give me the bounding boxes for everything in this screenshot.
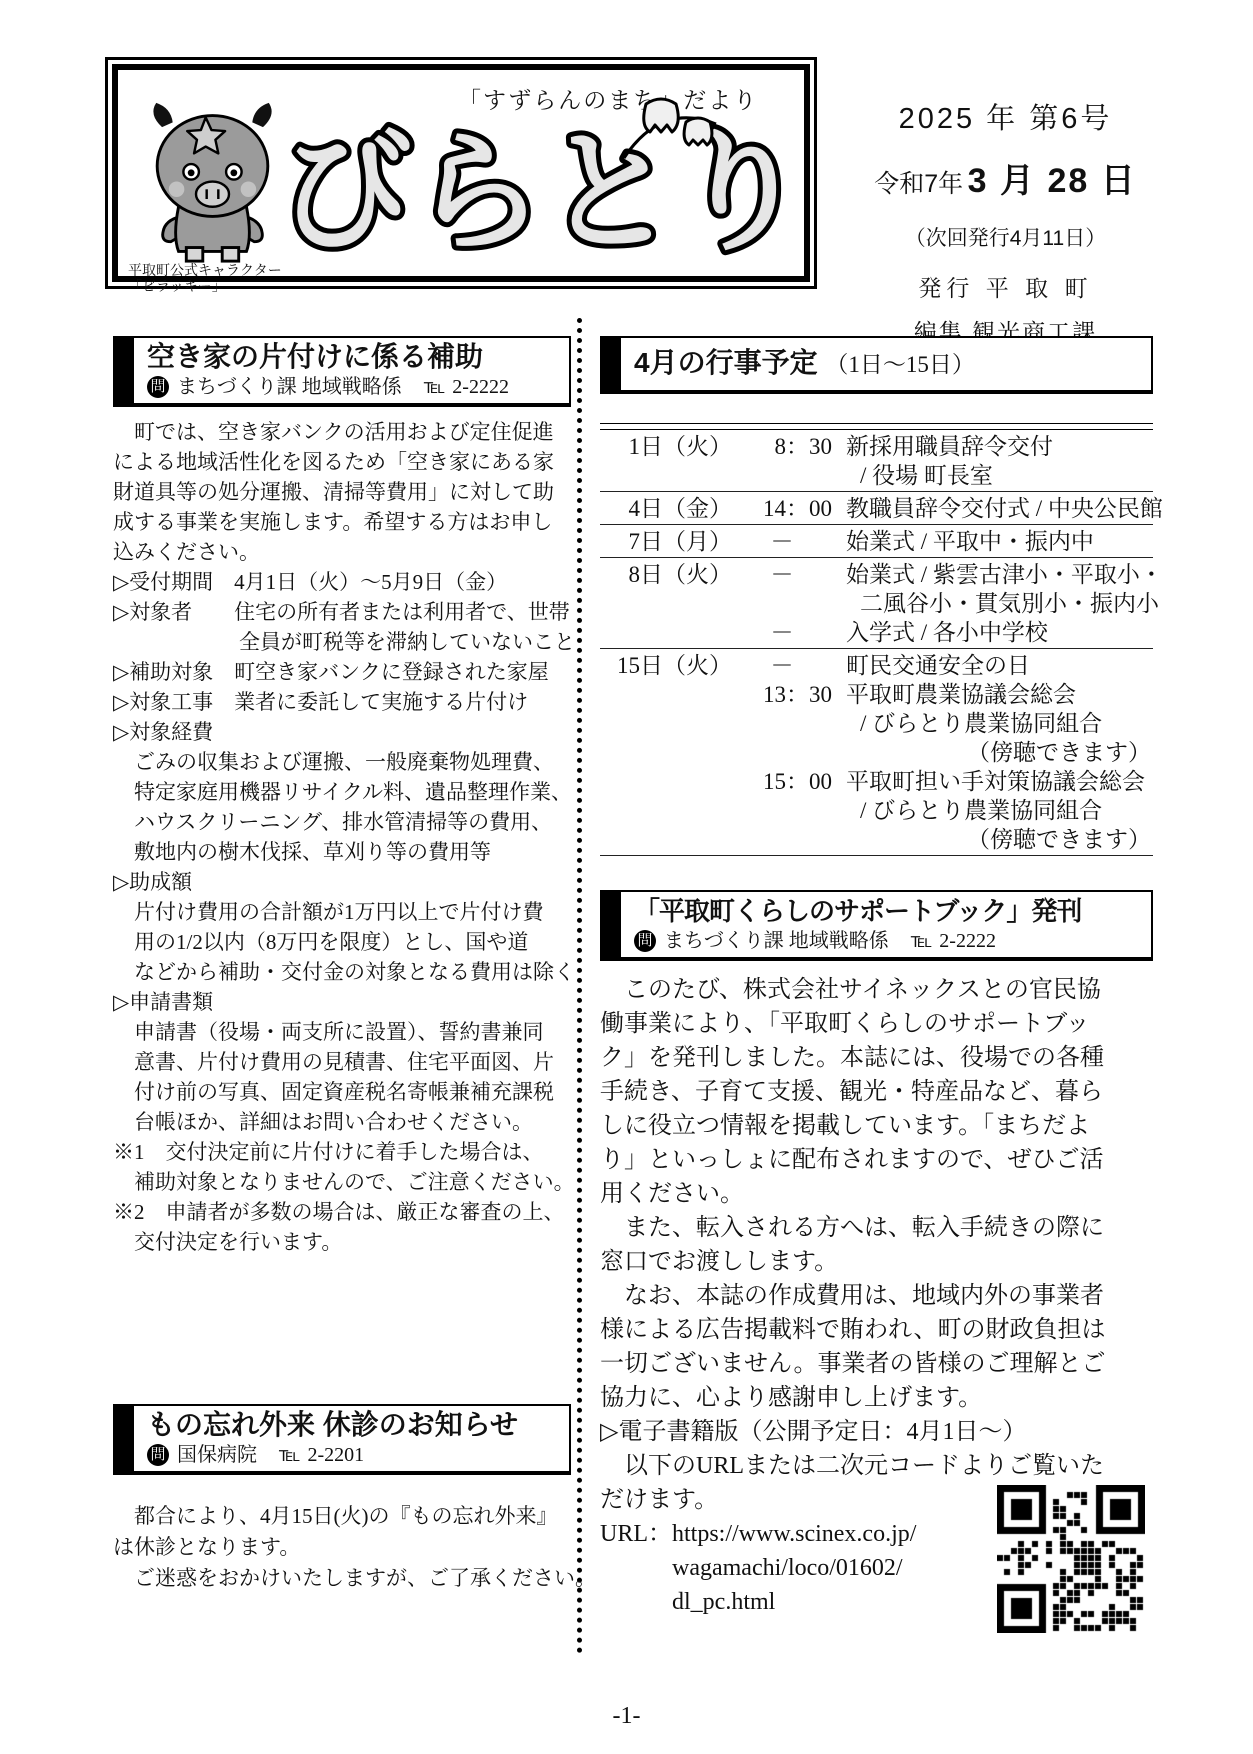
schedule-event: （傍聴できます） <box>832 825 1153 854</box>
url-line: wagamachi/loco/01602/ <box>600 1551 997 1585</box>
page-number: -1- <box>0 1703 1253 1730</box>
text-line: 込みください。 <box>113 537 571 567</box>
text-line: 成する事業を実施します。希望する方はお申し <box>113 507 571 537</box>
schedule-row: 7日（月） － 始業式 / 平取中・振内中 <box>600 527 1153 556</box>
article-monowasure-heading: もの忘れ外来 休診のお知らせ 問 国保病院 ℡ 2-2201 <box>113 1404 571 1475</box>
issue-date-era: 令和7年 <box>874 170 963 198</box>
schedule-event: / 役場 町長室 <box>832 461 1153 490</box>
schedule-event: 平取町担い手対策協議会総会 <box>832 767 1153 796</box>
right-column: 4月の行事予定 （1日～15日） 1日（火） 8：30 新採用職員辞令交付 / … <box>600 336 1153 1633</box>
tel-number: 2-2222 <box>452 375 509 399</box>
schedule-group: 1日（火） 8：30 新採用職員辞令交付 / 役場 町長室 <box>600 430 1153 492</box>
text-line: ごみの収集および運搬、一般廃棄物処理費、 <box>113 747 571 777</box>
schedule-date: 8日（火） <box>600 560 732 589</box>
schedule-event: 平取町農業協議会総会 <box>832 680 1153 709</box>
issue-date-day: 3 月 28 日 <box>968 162 1137 200</box>
schedule-row: 4日（金） 14：00 教職員辞令交付式 / 中央公民館 <box>600 494 1153 523</box>
contact-department: まちづくり課 地域戦略係 <box>177 375 402 399</box>
mascot-birakkii-illustration <box>130 100 295 265</box>
schedule-event: （傍聴できます） <box>832 738 1153 767</box>
article-monowasure-title: もの忘れ外来 休診のお知らせ <box>147 1409 563 1441</box>
text-line: 用ください。 <box>600 1177 1153 1211</box>
schedule-row: 13：30 平取町農業協議会総会 <box>600 680 1153 709</box>
article-monowasure-contact: 問 国保病院 ℡ 2-2201 <box>147 1443 563 1467</box>
newsletter-title-art: びらとり <box>256 88 831 278</box>
article-supportbook-heading: 「平取町くらしのサポートブック」発刊 問 まちづくり課 地域戦略係 ℡ 2-22… <box>600 890 1153 961</box>
schedule-group: 7日（月） － 始業式 / 平取中・振内中 <box>600 525 1153 558</box>
schedule-row: 15：00 平取町担い手対策協議会総会 <box>600 767 1153 796</box>
text-line: 台帳ほか、詳細はお問い合わせください。 <box>113 1107 571 1137</box>
tel-number: 2-2222 <box>939 929 996 953</box>
text-line: 町では、空き家バンクの活用および定住促進 <box>113 417 571 447</box>
newsletter-title-text: びらとり <box>280 116 808 270</box>
inquiry-icon: 問 <box>147 376 169 398</box>
publisher-line: 発行 平 取 町 <box>838 270 1173 303</box>
tel-symbol: ℡ <box>279 1443 300 1467</box>
issue-date: 令和7年 3 月 28 日 <box>838 153 1173 202</box>
schedule-event: 入学式 / 各小中学校 <box>832 618 1153 647</box>
text-line: 申請書（役場・両支所に設置）、誓約書兼同 <box>113 1017 571 1047</box>
contact-department: 国保病院 <box>177 1443 257 1467</box>
schedule-date: 7日（月） <box>600 527 732 556</box>
text-line: しに役立つ情報を掲載しています。「まちだよ <box>600 1109 1153 1143</box>
mascot-caption: 平取町公式キャラクター 「ビラッキー」 <box>128 262 282 294</box>
schedule-group: 15日（火） － 町民交通安全の日 13：30 平取町農業協議会総会 / びらと… <box>600 649 1153 856</box>
tel-symbol: ℡ <box>911 929 932 953</box>
schedule-event: 始業式 / 平取中・振内中 <box>832 527 1153 556</box>
text-line: 様による広告掲載料で賄われ、町の財政負担は <box>600 1313 1153 1347</box>
masthead-box: 「すずらんのまち」だより びらとり <box>105 57 817 289</box>
text-line: ▷対象経費 <box>113 717 571 747</box>
mascot-caption-line1: 平取町公式キャラクター <box>128 262 282 278</box>
text-line: 都合により、4月15日(火)の『もの忘れ外来』 <box>113 1501 571 1532</box>
tel-symbol: ℡ <box>424 375 445 399</box>
article-akiya-heading: 空き家の片付けに係る補助 問 まちづくり課 地域戦略係 ℡ 2-2222 <box>113 336 571 407</box>
text-line: 協力に、心より感謝申し上げます。 <box>600 1381 1153 1415</box>
schedule-title-main: 4月の行事予定 <box>634 347 818 378</box>
text-line: 意書、片付け費用の見積書、住宅平面図、片 <box>113 1047 571 1077</box>
text-line: 付け前の写真、固定資産税名寄帳兼補充課税 <box>113 1077 571 1107</box>
next-issue-note: （次回発行4月11日） <box>838 222 1173 252</box>
schedule-row: 二風谷小・貫気別小・振内小 <box>600 589 1153 618</box>
qr-code-canvas <box>997 1485 1145 1633</box>
heading-accent-bar <box>602 892 621 957</box>
text-line: は休診となります。 <box>113 1532 571 1563</box>
text-line: ▷補助対象 町空き家バンクに登録された家屋 <box>113 657 571 687</box>
schedule-heading: 4月の行事予定 （1日～15日） <box>600 336 1153 394</box>
schedule-date: 1日（火） <box>600 432 732 461</box>
text-line: ▷対象工事 業者に委託して実施する片付け <box>113 687 571 717</box>
schedule-group: 4日（金） 14：00 教職員辞令交付式 / 中央公民館 <box>600 492 1153 525</box>
schedule-top-rule <box>600 423 1153 430</box>
text-line: ク」を発刊しました。本誌には、役場での各種 <box>600 1041 1153 1075</box>
text-line: 以下のURLまたは二次元コードよりご覧いた <box>600 1449 1153 1483</box>
text-line: 一切ございません。事業者の皆様のご理解とご <box>600 1347 1153 1381</box>
text-line: このたび、株式会社サイネックスとの官民協 <box>600 973 1153 1007</box>
text-line: ※1 交付決定前に片付けに着手した場合は、 <box>113 1137 571 1167</box>
left-column: 空き家の片付けに係る補助 問 まちづくり課 地域戦略係 ℡ 2-2222 町では… <box>113 336 571 1594</box>
article-akiya-contact: 問 まちづくり課 地域戦略係 ℡ 2-2222 <box>147 375 563 399</box>
url-and-qr-row: だけます。 URL：https://www.scinex.co.jp/ waga… <box>600 1483 1153 1633</box>
text-line: 用の1/2以内（8万円を限度）とし、国や道 <box>113 927 571 957</box>
schedule-row: （傍聴できます） <box>600 825 1153 854</box>
text-line: なお、本誌の作成費用は、地域内外の事業者 <box>600 1279 1153 1313</box>
schedule-time: 14：00 <box>732 494 832 523</box>
schedule-title: 4月の行事予定 （1日～15日） <box>634 347 1145 381</box>
text-line: り」といっしょに配布されますので、ぜひご活 <box>600 1143 1153 1177</box>
schedule-row: 1日（火） 8：30 新採用職員辞令交付 <box>600 432 1153 461</box>
url-line: URL：https://www.scinex.co.jp/ <box>600 1517 997 1551</box>
schedule-time: 15：00 <box>732 767 832 796</box>
text-line: などから補助・交付金の対象となる費用は除く <box>113 957 571 987</box>
issue-number: 2025 年 第6号 <box>838 96 1173 137</box>
text-line: 手続き、子育て支援、観光・特産品など、暮ら <box>600 1075 1153 1109</box>
heading-accent-bar <box>602 338 621 390</box>
article-akiya-title: 空き家の片付けに係る補助 <box>147 341 563 373</box>
schedule-date: 4日（金） <box>600 494 732 523</box>
text-line: ※2 申請者が多数の場合は、厳正な審査の上、 <box>113 1197 571 1227</box>
schedule-row: / びらとり農業協同組合 <box>600 709 1153 738</box>
text-line: ▷対象者 住宅の所有者または利用者で、世帯 <box>113 597 571 627</box>
article-supportbook-body: このたび、株式会社サイネックスとの官民協 働事業により、「平取町くらしのサポート… <box>600 973 1153 1633</box>
text-line: 交付決定を行います。 <box>113 1227 571 1257</box>
schedule-time: － <box>732 527 832 556</box>
schedule-row: 15日（火） － 町民交通安全の日 <box>600 651 1153 680</box>
article-monowasure-body: 都合により、4月15日(火)の『もの忘れ外来』 は休診となります。 ご迷惑をおか… <box>113 1501 571 1594</box>
text-line: ▷助成額 <box>113 867 571 897</box>
mascot-caption-line2: 「ビラッキー」 <box>128 278 282 294</box>
url-block: だけます。 URL：https://www.scinex.co.jp/ waga… <box>600 1483 997 1633</box>
heading-accent-bar <box>115 1406 134 1471</box>
schedule-row: － 入学式 / 各小中学校 <box>600 618 1153 647</box>
schedule-time: 13：30 <box>732 680 832 709</box>
schedule-event: 教職員辞令交付式 / 中央公民館 <box>832 494 1153 523</box>
text-line: 片付け費用の合計額が1万円以上で片付け費 <box>113 897 571 927</box>
schedule-row: / びらとり農業協同組合 <box>600 796 1153 825</box>
schedule-time: － <box>732 560 832 589</box>
inquiry-icon: 問 <box>147 1444 169 1466</box>
inquiry-icon: 問 <box>634 930 656 952</box>
schedule-event: / びらとり農業協同組合 <box>832 796 1153 825</box>
schedule-date: 15日（火） <box>600 651 732 680</box>
issue-info-block: 2025 年 第6号 令和7年 3 月 28 日 （次回発行4月11日） 発行 … <box>838 96 1173 347</box>
schedule-time: － <box>732 651 832 680</box>
schedule-row: （傍聴できます） <box>600 738 1153 767</box>
text-line: 特定家庭用機器リサイクル料、遺品整理作業、 <box>113 777 571 807</box>
text-line: だけます。 <box>600 1483 997 1517</box>
schedule-row: 8日（火） － 始業式 / 紫雲古津小・平取小・ <box>600 560 1153 589</box>
article-supportbook-contact: 問 まちづくり課 地域戦略係 ℡ 2-2222 <box>634 929 1145 953</box>
text-line: ▷申請書類 <box>113 987 571 1017</box>
text-line: また、転入される方へは、転入手続きの際に <box>600 1211 1153 1245</box>
schedule-time: － <box>732 618 832 647</box>
qr-code <box>997 1485 1145 1633</box>
text-line: 敷地内の樹木伐採、草刈り等の費用等 <box>113 837 571 867</box>
schedule-event: / びらとり農業協同組合 <box>832 709 1153 738</box>
text-line: による地域活性化を図るため「空き家にある家 <box>113 447 571 477</box>
masthead-inner-frame: 「すずらんのまち」だより びらとり <box>112 64 810 282</box>
contact-department: まちづくり課 地域戦略係 <box>664 929 889 953</box>
text-line: 補助対象となりませんので、ご注意ください。 <box>113 1167 571 1197</box>
text-line: 全員が町税等を滞納していないこと <box>113 627 571 657</box>
schedule-event: 二風谷小・貫気別小・振内小 <box>832 589 1153 618</box>
text-line: 窓口でお渡しします。 <box>600 1245 1153 1279</box>
url-line: dl_pc.html <box>600 1585 997 1619</box>
text-line: 財道具等の処分運搬、清掃等費用」に対して助 <box>113 477 571 507</box>
tel-number: 2-2201 <box>307 1443 364 1467</box>
schedule-table: 1日（火） 8：30 新採用職員辞令交付 / 役場 町長室 4日（金） 14：0… <box>600 430 1153 856</box>
schedule-row: / 役場 町長室 <box>600 461 1153 490</box>
schedule-event: 始業式 / 紫雲古津小・平取小・ <box>832 560 1153 589</box>
newsletter-page: 「すずらんのまち」だより びらとり <box>0 0 1253 1754</box>
suzuran-flowers-icon <box>616 96 726 162</box>
article-supportbook-title: 「平取町くらしのサポートブック」発刊 <box>634 895 1145 927</box>
schedule-time: 8：30 <box>732 432 832 461</box>
schedule-group: 8日（火） － 始業式 / 紫雲古津小・平取小・ 二風谷小・貫気別小・振内小 －… <box>600 558 1153 649</box>
article-akiya-body: 町では、空き家バンクの活用および定住促進 による地域活性化を図るため「空き家にあ… <box>113 417 571 1257</box>
text-line: ハウスクリーニング、排水管清掃等の費用、 <box>113 807 571 837</box>
schedule-event: 町民交通安全の日 <box>832 651 1153 680</box>
heading-accent-bar <box>115 338 134 403</box>
column-divider-dotted <box>577 318 582 1654</box>
text-line: ご迷惑をおかけいたしますが、ご了承ください。 <box>113 1563 571 1594</box>
text-line: 働事業により、「平取町くらしのサポートブッ <box>600 1007 1153 1041</box>
text-line: ▷受付期間 4月1日（火）～5月9日（金） <box>113 567 571 597</box>
text-line: ▷電子書籍版（公開予定日：4月1日～） <box>600 1415 1153 1449</box>
schedule-title-range: （1日～15日） <box>825 352 975 377</box>
schedule-event: 新採用職員辞令交付 <box>832 432 1153 461</box>
